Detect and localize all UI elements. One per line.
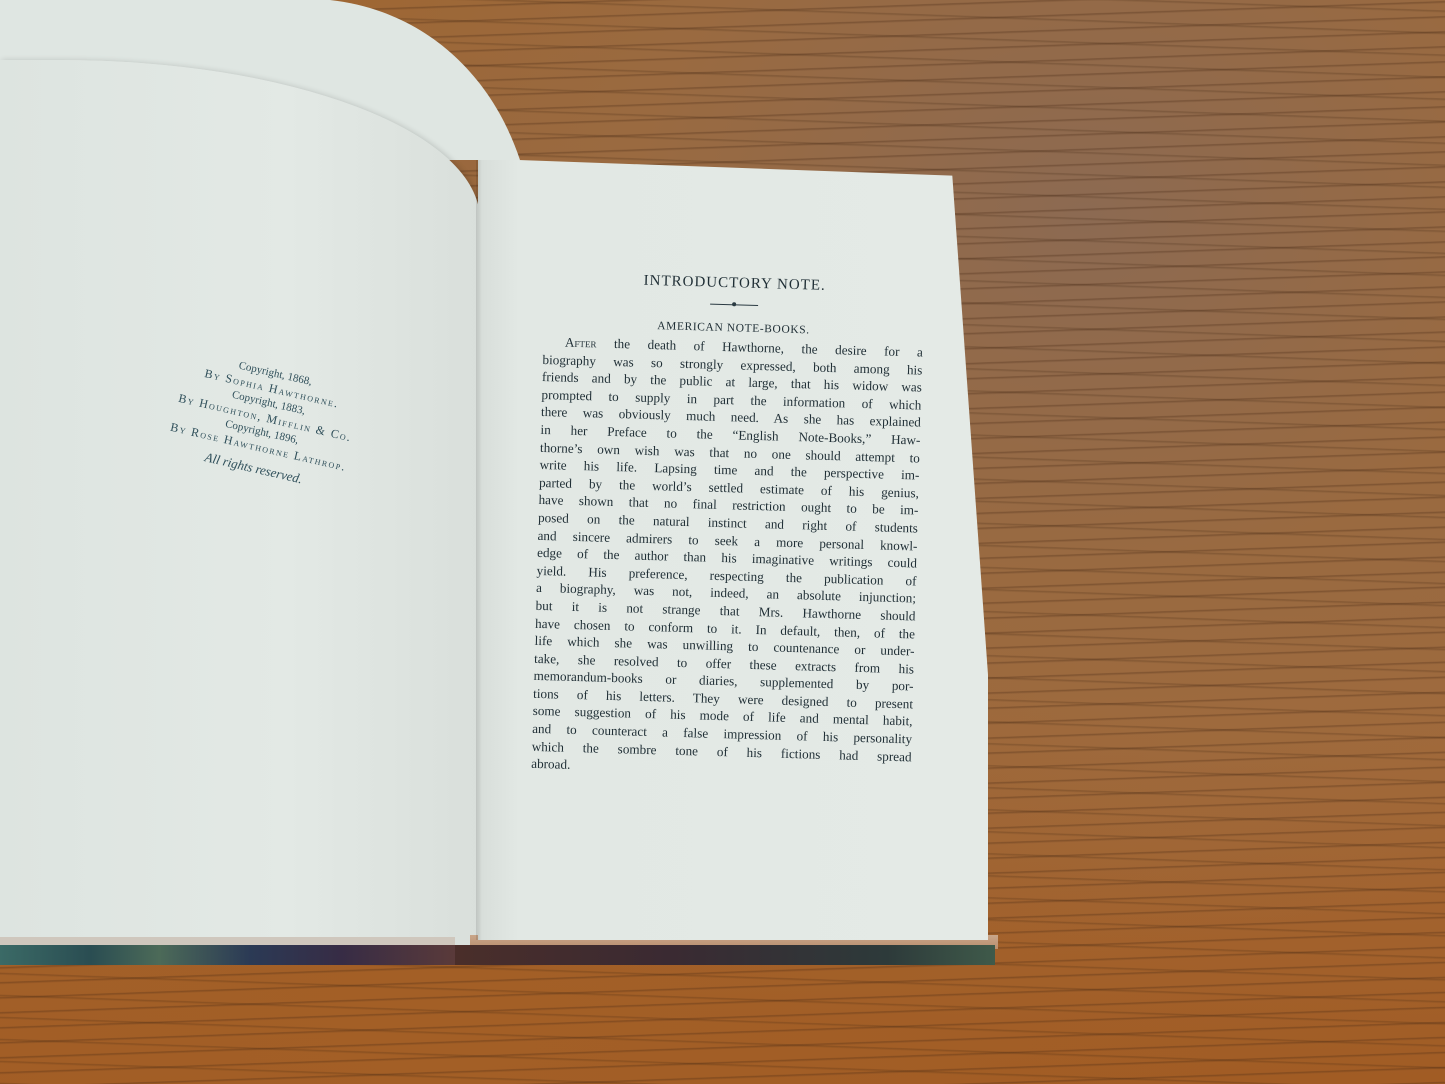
marbled-cover-right	[455, 945, 995, 965]
drop-word: After	[565, 335, 597, 351]
book-gutter	[476, 160, 482, 940]
body-text: After the death of Hawthorne, the desire…	[531, 333, 923, 783]
ornament-rule-icon	[710, 302, 758, 309]
marbled-cover-left	[0, 945, 455, 965]
introductory-note: INTRODUCTORY NOTE. AMERICAN NOTE-BOOKS. …	[531, 270, 925, 783]
left-page	[0, 60, 480, 950]
